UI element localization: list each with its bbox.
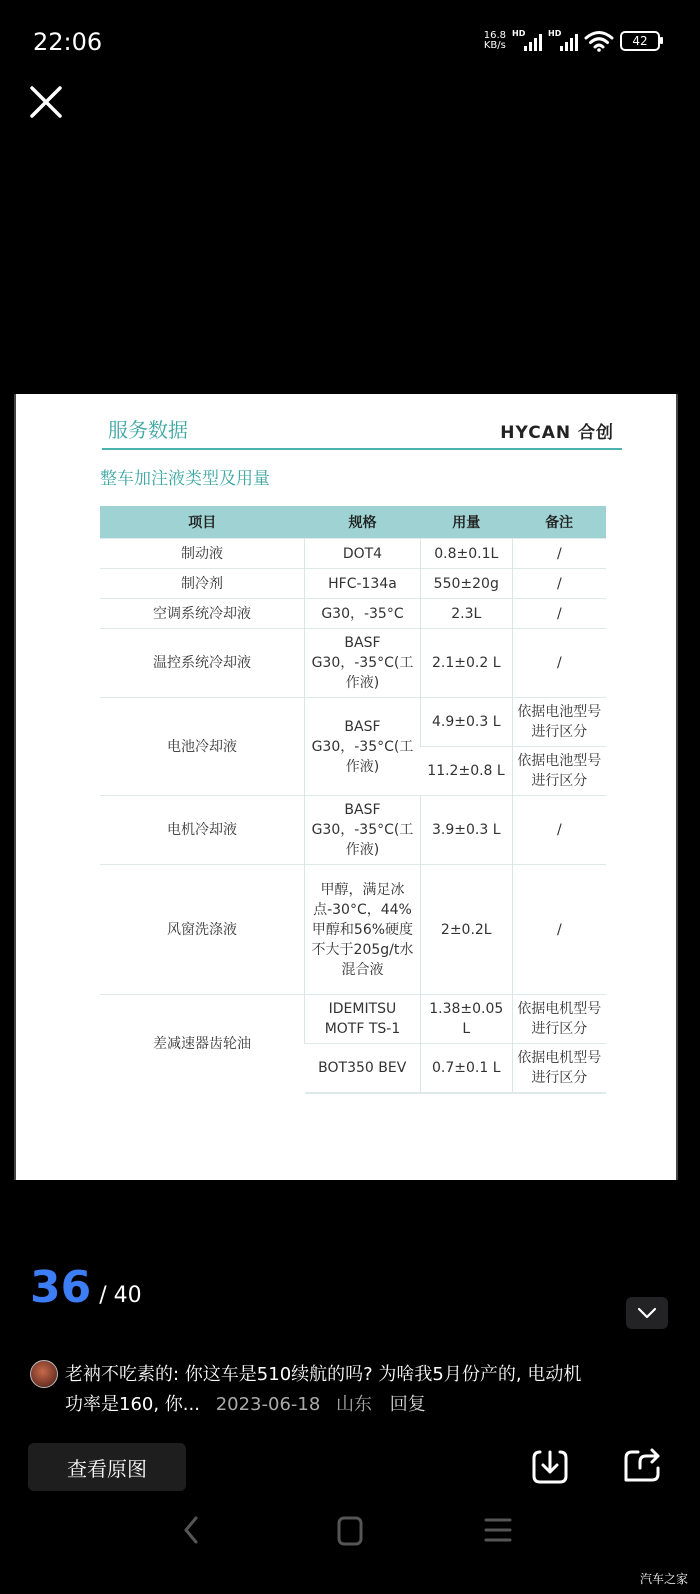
reply-button[interactable]: 回复 xyxy=(390,1394,426,1415)
comment-author[interactable]: 老衲不吃素的 xyxy=(65,1364,173,1385)
signal-icon: HD xyxy=(512,31,542,51)
system-nav-bar xyxy=(0,1500,700,1560)
close-icon[interactable] xyxy=(28,84,64,120)
table-row: 差减速器齿轮油 IDEMITSU MOTF TS-1 1.38±0.05 L 依… xyxy=(100,995,606,1044)
total-count: / 40 xyxy=(99,1283,141,1308)
document-photo[interactable]: 服务数据 HYCAN 合创 整车加注液类型及用量 项目 规格 用量 备注 制动液… xyxy=(14,394,678,1180)
clock: 22:06 xyxy=(33,28,102,56)
battery-icon: 42 xyxy=(620,31,660,51)
view-original-button[interactable]: 查看原图 xyxy=(28,1443,186,1491)
table-row: 电池冷却液 BASF G30，-35°C(工作液) 4.9±0.3 L 依据电池… xyxy=(100,698,606,747)
signal-icon: HD xyxy=(548,31,578,51)
watermark: 汽车之家 xyxy=(640,1570,688,1587)
table-row: 温控系统冷却液 BASF G30，-35°C(工作液) 2.1±0.2 L / xyxy=(100,629,606,698)
table-title: 整车加注液类型及用量 xyxy=(100,464,270,489)
table-header-row: 项目 规格 用量 备注 xyxy=(100,506,606,539)
section-title: 服务数据 xyxy=(108,414,188,443)
network-speed: 16.8 KB/s xyxy=(484,31,506,51)
current-index: 36 xyxy=(30,1262,91,1313)
column-header: 用量 xyxy=(420,506,512,539)
comment[interactable]: 老衲不吃素的: 你这车是510续航的吗? 为啥我5月份产的, 电动机功率是160… xyxy=(30,1360,590,1420)
download-icon[interactable] xyxy=(530,1446,570,1486)
avatar[interactable] xyxy=(30,1360,58,1388)
comment-location: 山东 xyxy=(336,1394,372,1415)
document-header: 服务数据 HYCAN 合创 xyxy=(102,414,622,450)
back-icon[interactable] xyxy=(172,1510,212,1550)
table-row: 电机冷却液 BASF G30，-35°C(工作液) 3.9±0.3 L / xyxy=(100,796,606,865)
column-header: 规格 xyxy=(305,506,421,539)
brand-logo: HYCAN 合创 xyxy=(500,418,614,443)
collapse-button[interactable] xyxy=(626,1297,668,1329)
column-header: 项目 xyxy=(100,506,305,539)
table-row: 制冷剂 HFC-134a 550±20g / xyxy=(100,569,606,599)
wifi-icon xyxy=(584,30,614,52)
column-header: 备注 xyxy=(512,506,606,539)
image-counter: 36 / 40 xyxy=(30,1262,142,1313)
comment-text: 老衲不吃素的: 你这车是510续航的吗? 为啥我5月份产的, 电动机功率是160… xyxy=(65,1360,590,1420)
status-icons: 16.8 KB/s HD HD 42 xyxy=(484,30,660,52)
table-row: 制动液 DOT4 0.8±0.1L / xyxy=(100,539,606,569)
table-row: 风窗洗涤液 甲醇，满足冰点-30°C，44%甲醇和56%硬度不大于205g/t水… xyxy=(100,865,606,995)
share-icon[interactable] xyxy=(622,1446,662,1486)
chevron-down-icon xyxy=(637,1307,657,1319)
menu-icon[interactable] xyxy=(478,1510,518,1550)
fluid-spec-table: 项目 规格 用量 备注 制动液 DOT4 0.8±0.1L / 制冷剂 HFC-… xyxy=(100,506,606,1094)
status-bar: 22:06 16.8 KB/s HD HD 42 xyxy=(0,0,700,90)
comment-date: 2023-06-18 xyxy=(216,1394,321,1415)
table-row: 空调系统冷却液 G30，-35°C 2.3L / xyxy=(100,599,606,629)
home-icon[interactable] xyxy=(330,1510,370,1550)
